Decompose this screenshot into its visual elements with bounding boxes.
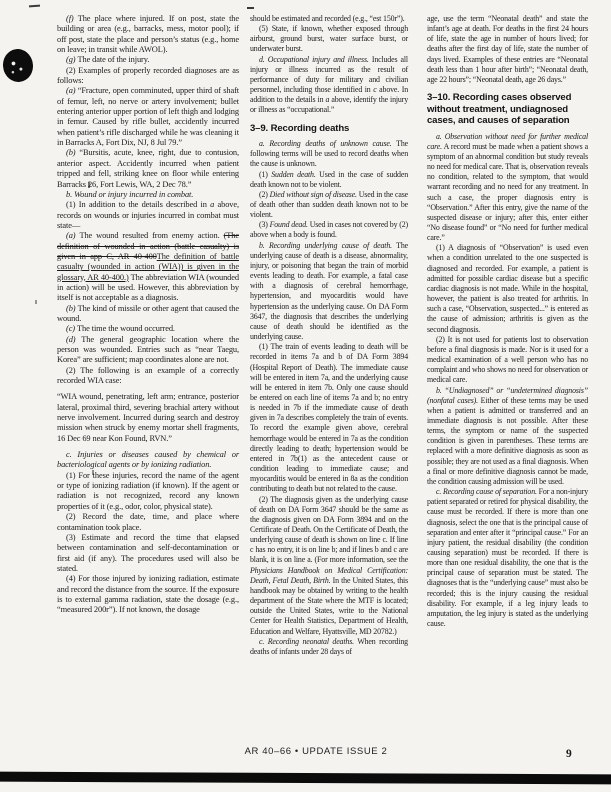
para-b-bursitis-example: (b) “Bursitis, acute, knee, right, due t… — [57, 148, 239, 189]
para-a-observation: a. Observation without need for further … — [427, 132, 588, 244]
heading-3-9-recording-deaths: 3–9. Recording deaths — [250, 123, 408, 135]
hole-punch-mark — [1, 47, 35, 84]
para-combat-2-example-intro: (2) The following is an example of a cor… — [57, 366, 239, 387]
para-b-underlying-cause: b. Recording underlying cause of death. … — [250, 241, 408, 343]
column-middle: should be estimated and recorded (e.g., … — [250, 14, 408, 657]
scan-bar-bottom — [0, 772, 611, 785]
para-combat-1c-time: (c) The time the wound occurred. — [57, 324, 239, 334]
page-number: 9 — [566, 748, 572, 760]
para-underlying-2-certificate: (2) The diagnosis given as the underlyin… — [250, 495, 408, 637]
para-combat-1-intro: (1) In addition to the details described… — [57, 200, 239, 231]
para-b-undiagnosed: b. “Undiagnosed” or “undetermined diagno… — [427, 386, 588, 488]
scan-speck — [35, 300, 37, 304]
heading-3-10-recording-cases: 3–10. Recording cases observed without t… — [427, 92, 588, 127]
para-2-examples-intro: (2) Examples of properly recorded diagno… — [57, 66, 239, 87]
scan-speck — [247, 7, 254, 9]
para-a-unknown-cause: a. Recording deaths of unknown cause. Th… — [250, 139, 408, 169]
para-b-wound-combat: b. Wound or injury incurred in combat. — [57, 190, 239, 200]
para-g-date-of-injury: (g) The date of the injury. — [57, 55, 239, 65]
para-underlying-1-train-of-events: (1) The train of events leading to death… — [250, 342, 408, 494]
para-chem-4-continued: should be estimated and recorded (e.g., … — [250, 14, 408, 24]
para-neonatal-continued: age, use the term “Neonatal death” and s… — [427, 14, 588, 85]
document-page: (f) The place where injured. If on post,… — [0, 0, 611, 792]
para-chem-2-date-place: (2) Record the date, time, and place whe… — [57, 512, 239, 533]
para-obs-2-not-used: (2) It is not used for patients lost to … — [427, 335, 588, 386]
para-wia-example-quote: “WIA wound, penetrating, left arm; entra… — [57, 392, 239, 444]
scan-speck — [29, 5, 40, 8]
para-a-fracture-example: (a) “Fracture, open comminuted, upper th… — [57, 86, 239, 148]
para-chem-1-agent-name: (1) For these injuries, record the name … — [57, 471, 239, 512]
para-c-chemical-agents: c. Injuries or diseases caused by chemic… — [57, 450, 239, 471]
para-3-found-dead: (3) Found dead. Used in cases not covere… — [250, 220, 408, 240]
para-d-occupational: d. Occupational injury and illness. Incl… — [250, 55, 408, 116]
para-combat-1a-enemy-action: (a) The wound resulted from enemy action… — [57, 231, 239, 303]
para-combat-1b-missile: (b) The kind of missile or other agent t… — [57, 304, 239, 325]
para-chem-3-elapsed-time: (3) Estimate and record the time that el… — [57, 533, 239, 574]
para-2-died-without-sign: (2) Died without sign of disease. Used i… — [250, 190, 408, 220]
para-chem-4-radiation-distance: (4) For those injured by ionizing radiat… — [57, 574, 239, 615]
column-left: (f) The place where injured. If on post,… — [57, 14, 239, 616]
para-chem-5-burst-type: (5) State, if known, whether exposed thr… — [250, 24, 408, 54]
page-footer: AR 40–66 • UPDATE ISSUE 2 — [226, 746, 406, 757]
para-combat-1d-location: (d) The general geographic location wher… — [57, 335, 239, 366]
para-1-sudden-death: (1) Sudden death. Used in the case of su… — [250, 170, 408, 190]
para-c-neonatal-deaths: c. Recording neonatal deaths. When recor… — [250, 637, 408, 657]
para-obs-1-diagnosis-used: (1) A diagnosis of “Observation” is used… — [427, 243, 588, 334]
column-right: age, use the term “Neonatal death” and s… — [427, 14, 588, 629]
para-c-cause-of-separation: c. Recording cause of separation. For a … — [427, 487, 588, 629]
para-f-place-injured: (f) The place where injured. If on post,… — [57, 14, 239, 55]
